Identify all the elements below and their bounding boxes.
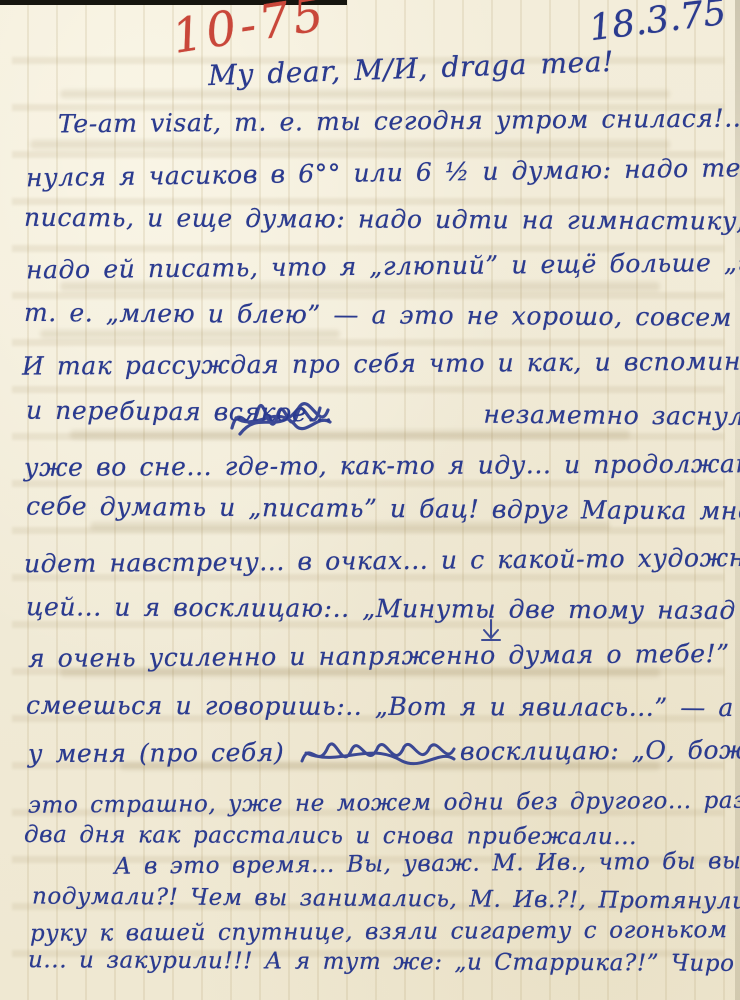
bleed-smudge: [40, 330, 340, 338]
letter-line: руку к вашей спутнице, взяли сигарету с …: [30, 917, 728, 947]
letter-line: цей... и я восклицаю:.. „Минуты две тому…: [26, 592, 736, 625]
letter-line: нулся я часиков в 6°° или 6 ½ и думаю: н…: [26, 153, 740, 192]
letter-line: и... и закурили!!! А я тут же: „и Старри…: [28, 947, 735, 977]
letter-line: подумали?! Чем вы занимались, М. Ив.?!, …: [32, 884, 740, 915]
letter-line: я очень усиленно и напряженно думая о те…: [28, 638, 740, 673]
letter-line: т. е. „млею и блею” — а это не хорошо, с…: [24, 298, 740, 333]
letter-date: 18.3.75: [587, 0, 728, 49]
letter-line: смеешься и говоришь:.. „Вот я и явилась.…: [26, 691, 740, 723]
letter-line: Te-am visat, т. е. ты сегодня утром снил…: [58, 103, 740, 139]
letter-line: себе думать и „писать” и бац! вдруг Мари…: [26, 491, 740, 525]
bleed-smudge: [60, 282, 660, 291]
letter-page: 10-75 18.3.75 My dear, М/И, draga mea! T…: [0, 0, 740, 1000]
letter-line: и перебирая всякое... незаметно заснул..…: [26, 396, 740, 432]
letter-line: два дня как расстались и снова прибежали…: [24, 822, 637, 850]
bleed-smudge: [70, 430, 630, 439]
letter-line: это страшно, уже не можем одни без друго…: [28, 787, 740, 818]
letter-line: А в это время... Вы, уваж. М. Ив., что б…: [114, 848, 740, 879]
letter-line: надо ей писать, что я „глюпий” и ещё бол…: [26, 247, 740, 285]
bleed-smudge: [30, 140, 670, 149]
letter-line: писать, и еще думаю: надо идти на гимнас…: [24, 203, 740, 236]
salutation-line: My dear, М/И, draga mea!: [208, 45, 615, 92]
letter-line: И так рассуждая про себя что и как, и вс…: [22, 346, 740, 380]
letter-line: у меня (про себя) восклицаю: „О, боже! В…: [28, 735, 740, 768]
bleed-smudge: [60, 90, 670, 98]
letter-line: идет навстречу... в очках... и с какой-т…: [24, 543, 740, 579]
letter-line: уже во сне... где-то, как-то я иду... и …: [24, 449, 740, 482]
